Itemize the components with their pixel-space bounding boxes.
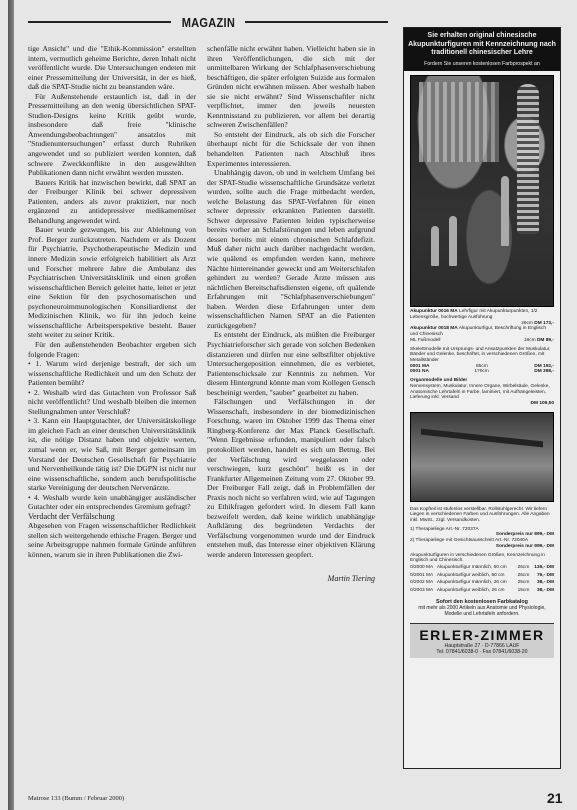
figure-model-image bbox=[449, 216, 457, 266]
table-row: 0/2003 MAAkupunkturfigur weiblich, 26 cm… bbox=[410, 587, 554, 595]
ad-section-desc: Nervensystem, Muskulatur, Innere Organe,… bbox=[410, 384, 554, 401]
header-rule-left bbox=[28, 21, 171, 23]
ad-headline-box: Sie erhalten original chinesische Akupun… bbox=[404, 28, 560, 71]
ad-headline: Sie erhalten original chinesische Akupun… bbox=[407, 32, 557, 58]
figure-desc: Akupunkturfigur weiblich, 26 cm bbox=[437, 587, 518, 595]
brand-logo: ERLER-ZIMMER bbox=[410, 627, 554, 643]
paragraph: Fälschungen und Verfälschungen in der Wi… bbox=[207, 397, 375, 559]
ad-skeleton-row: 0001 NA170cmDM 398,- bbox=[410, 369, 554, 375]
ad-photo-therapy-table bbox=[410, 412, 554, 502]
ad-section-title-text: Organmodelle und Bilder bbox=[410, 378, 467, 383]
table-row: 0/2001 MAAkupunkturfigur weiblich, 50 cm… bbox=[410, 572, 554, 580]
ad-item-name: Akupunktur 0016 MA bbox=[410, 309, 458, 314]
ad-item-name: ML Fußmodell bbox=[410, 338, 440, 344]
ad-therapy-item-label: 1) Therapieliege Art.-Nr. 72037A bbox=[410, 527, 479, 533]
question-item: • 1. Warum wird derjenige bestraft, der … bbox=[28, 359, 196, 388]
ad-photo-anatomical-models bbox=[410, 75, 554, 307]
ad-item-price: DM 89,- bbox=[537, 338, 554, 343]
figure-model-image bbox=[431, 226, 439, 266]
ad-figures-desc: Akupunkturfiguren in verschiedenen Größe… bbox=[410, 553, 554, 564]
paragraph: schenfälle nicht erwähnt haben. Vielleic… bbox=[207, 44, 375, 130]
page-number: 21 bbox=[547, 790, 563, 806]
figure-size: 15cm bbox=[518, 587, 532, 595]
advertisement-erler-zimmer: Sie erhalten original chinesische Akupun… bbox=[403, 27, 561, 769]
section-title: MAGAZIN bbox=[176, 15, 240, 30]
ad-item-price-row: ML Fußmodell18cm DM 89,- bbox=[410, 338, 554, 344]
article-left-column: tige Ansicht" und die "Ethik-Kommission"… bbox=[28, 44, 196, 560]
figure-desc: Akupunkturfigur weiblich, 50 cm bbox=[437, 572, 518, 580]
ad-section-price: DM 109,50 bbox=[531, 401, 554, 407]
ad-therapy-price-row: Sonderpreis nur 999,- DM bbox=[410, 544, 554, 550]
paragraph: Für Außenstehende erstaunlich ist, daß i… bbox=[28, 92, 196, 178]
article-subheading: Verdacht der Verfälschung bbox=[28, 512, 196, 522]
paragraph: Für den außenstehenden Beobachter ergebe… bbox=[28, 340, 196, 359]
ad-item: Akupunktur 0016 MA Lehrfigur mit Akupunk… bbox=[410, 309, 554, 320]
article-author: Martin Tiering bbox=[207, 574, 375, 584]
brand-contact: Tel. 07841/6038-0 · Fax 07841/6038-20 bbox=[410, 649, 554, 655]
ad-therapy-desc: Das Kopfteil ist stufenlos verstellbar. … bbox=[410, 507, 554, 524]
header-rule-right bbox=[245, 21, 388, 23]
ad-section-price-row: DM 109,50 bbox=[410, 401, 554, 407]
figure-model-image bbox=[501, 176, 509, 246]
paragraph: Bauer wurde gezwungen, bis zur Ablehnung… bbox=[28, 225, 196, 340]
page-spine-edge bbox=[8, 0, 14, 810]
figure-desc: Akupunkturfigur männlich, 26 cm bbox=[437, 579, 518, 587]
question-item: • 3. Kann ein Hauptgutachter, der Univer… bbox=[28, 416, 196, 492]
ad-cta-text: mit mehr als 2000 Artikeln aus Anatomie … bbox=[418, 605, 545, 617]
figure-desc: Akupunkturfigur männlich, 50 cm bbox=[437, 564, 518, 572]
ad-item-size: 170cm bbox=[474, 369, 488, 375]
ad-brand-block: ERLER-ZIMMER Hauptstraße 27 · D-77866 LA… bbox=[410, 623, 554, 658]
figure-size: 26cm bbox=[518, 564, 532, 572]
figure-size: 26cm bbox=[518, 572, 532, 580]
paragraph: Bauers Kritik hat inzwischen bewirkt, da… bbox=[28, 178, 196, 226]
ad-item-name: Akupunktur 0018 MA bbox=[410, 326, 458, 331]
figure-price: 38,- DM bbox=[531, 579, 554, 587]
paragraph: Unabhängig davon, ob und in welchem Umfa… bbox=[207, 168, 375, 330]
section-header: MAGAZIN bbox=[28, 12, 388, 32]
question-item: • 2. Weshalb wird das Gutachten von Prof… bbox=[28, 388, 196, 417]
issue-footer: Matrose 133 (Bumm / Februar 2000) bbox=[28, 795, 124, 802]
ad-therapy-item-price: Sonderpreis nur 999,- DM bbox=[496, 544, 554, 550]
ad-skeleton-desc: Skelettmodelle mit Ursprungs- und Ansatz… bbox=[410, 347, 554, 364]
skeleton-model-image bbox=[517, 84, 539, 234]
therapy-table-image bbox=[421, 428, 543, 447]
figure-price: 136,- DM bbox=[531, 564, 554, 572]
question-item: • 4. Weshalb wurde kein unabhängiger aus… bbox=[28, 493, 196, 512]
paragraph: So entsteht der Eindruck, als ob sich di… bbox=[207, 130, 375, 168]
figure-code: 0/2003 MA bbox=[410, 587, 437, 595]
ad-item-name: 0001 NA bbox=[410, 369, 429, 375]
figure-price: 38,- DM bbox=[531, 587, 554, 595]
ad-therapy-section: Das Kopfteil ist stufenlos verstellbar. … bbox=[404, 505, 560, 619]
table-row: 0/2002 MAAkupunkturfigur männlich, 26 cm… bbox=[410, 579, 554, 587]
ad-item-price: DM 398,- bbox=[534, 369, 554, 375]
ad-item-size: 18cm bbox=[524, 338, 536, 343]
figure-code: 0/2001 MA bbox=[410, 572, 437, 580]
article-middle-column: schenfälle nicht erwähnt haben. Vielleic… bbox=[207, 44, 375, 583]
figure-code: 0/2002 MA bbox=[410, 579, 437, 587]
ad-product-list-top: Akupunktur 0016 MA Lehrfigur mit Akupunk… bbox=[404, 307, 560, 408]
ad-call-to-action: Sofort den kostenlosen Farbkatalog mit m… bbox=[410, 599, 554, 617]
acupuncture-chart-image bbox=[419, 82, 499, 162]
figure-size: 25cm bbox=[518, 579, 532, 587]
paragraph: Abgesehen von Fragen wissenschaftlicher … bbox=[28, 521, 196, 559]
paragraph: tige Ansicht" und die "Ethik-Kommission"… bbox=[28, 44, 196, 92]
paragraph: Es entsteht der Eindruck, als müßten die… bbox=[207, 330, 375, 397]
ad-subline: Fordern Sie unseren kostenlosen Farbpros… bbox=[407, 60, 557, 69]
ad-figures-table: 0/2000 MAAkupunkturfigur männlich, 50 cm… bbox=[410, 564, 554, 595]
table-row: 0/2000 MAAkupunkturfigur männlich, 50 cm… bbox=[410, 564, 554, 572]
figure-price: 76,- DM bbox=[531, 572, 554, 580]
figure-code: 0/2000 MA bbox=[410, 564, 437, 572]
ad-item: Akupunktur 0018 MA Akupunkturfigur, Besc… bbox=[410, 326, 554, 337]
